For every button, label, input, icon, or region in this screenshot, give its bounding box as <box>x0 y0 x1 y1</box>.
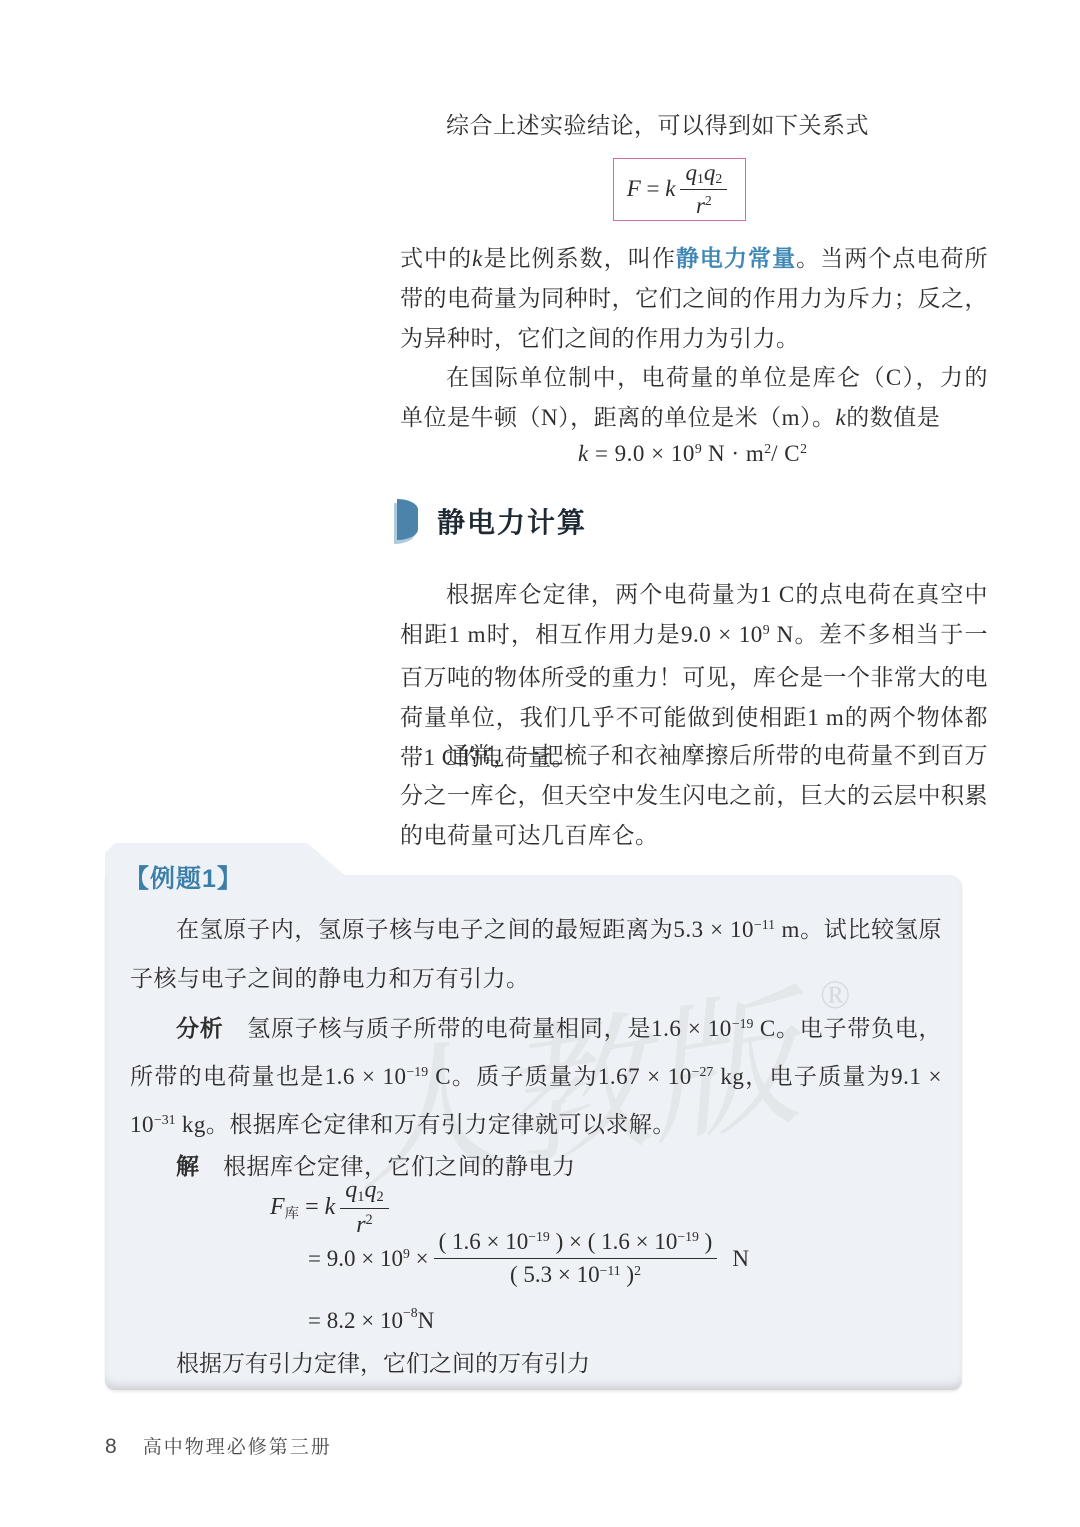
example-closing-text: 根据万有引力定律，它们之间的万有引力 <box>130 1341 942 1387</box>
section-title: 静电力计算 <box>437 501 587 541</box>
section-bullet-icon <box>394 499 421 544</box>
formula2-denominator: ( 5.3 × 10−11 )2 <box>434 1259 718 1288</box>
solution-formula-3: = 8.2 × 10−8 N <box>308 1301 434 1341</box>
formula2-numerator: ( 1.6 × 10−19 ) × ( 1.6 × 10−19 ) <box>434 1229 718 1259</box>
formula2-unit: N <box>732 1246 749 1272</box>
fraction-numerator: q1q2 <box>680 160 727 190</box>
solution-formula-2: = 9.0 × 109 × ( 1.6 × 10−19 ) × ( 1.6 × … <box>308 1229 749 1289</box>
formula1-numerator: q1q2 <box>340 1177 388 1209</box>
formula1-lhs: F库 = k <box>270 1194 335 1222</box>
book-title: 高中物理必修第三册 <box>143 1432 332 1459</box>
k-value-formula: k = 9.0 × 109 N · m2/ C2 <box>400 441 985 467</box>
example-label: 【例题1】 <box>124 859 243 895</box>
coulomb-law-formula-box: F = k q1q2 r2 <box>613 158 746 221</box>
page-number: 8 <box>105 1435 117 1459</box>
coulomb-law-formula: F = k q1q2 r2 <box>627 160 733 220</box>
formula-fraction: q1q2 r2 <box>680 160 727 220</box>
paragraph-k-explanation: 式中的k是比例系数，叫作静电力常量。当两个点电荷所带的电荷量为同种时，它们之间的… <box>400 238 988 359</box>
textbook-page: 综合上述实验结论，可以得到如下关系式 F = k q1q2 r2 式中的k是比例… <box>0 0 1080 1527</box>
section-bullet-disk <box>397 499 418 540</box>
page-footer: 8 高中物理必修第三册 <box>105 1432 332 1459</box>
example-analysis-text: 分析 氢原子核与质子所带的电荷量相同，是1.6 × 10−19 C。电子带负电，… <box>130 1006 942 1150</box>
example-problem-text: 在氢原子内，氢原子核与电子之间的最短距离为5.3 × 10−11 m。试比较氢原… <box>130 907 942 1002</box>
formula2-lead: = 9.0 × 109 × <box>308 1246 429 1272</box>
paragraph-si-units: 在国际单位制中，电荷量的单位是库仑（C），力的单位是牛顿（N），距离的单位是米（… <box>400 358 988 438</box>
example-solution-lead: 解 根据库仑定律，它们之间的静电力 <box>130 1143 942 1190</box>
formula-lhs: F = k <box>627 176 676 202</box>
example-1-box: 人教版 ® 【例题1】 在氢原子内，氢原子核与电子之间的最短距离为5.3 × 1… <box>105 843 962 1390</box>
paragraph-comb-lightning: 通常，一把梳子和衣袖摩擦后所带的电荷量不到百万分之一库仑，但天空中发生闪电之前，… <box>400 736 988 856</box>
intro-paragraph: 综合上述实验结论，可以得到如下关系式 <box>400 106 988 146</box>
formula2-fraction: ( 1.6 × 10−19 ) × ( 1.6 × 10−19 ) ( 5.3 … <box>434 1229 718 1289</box>
fraction-denominator: r2 <box>680 190 727 219</box>
